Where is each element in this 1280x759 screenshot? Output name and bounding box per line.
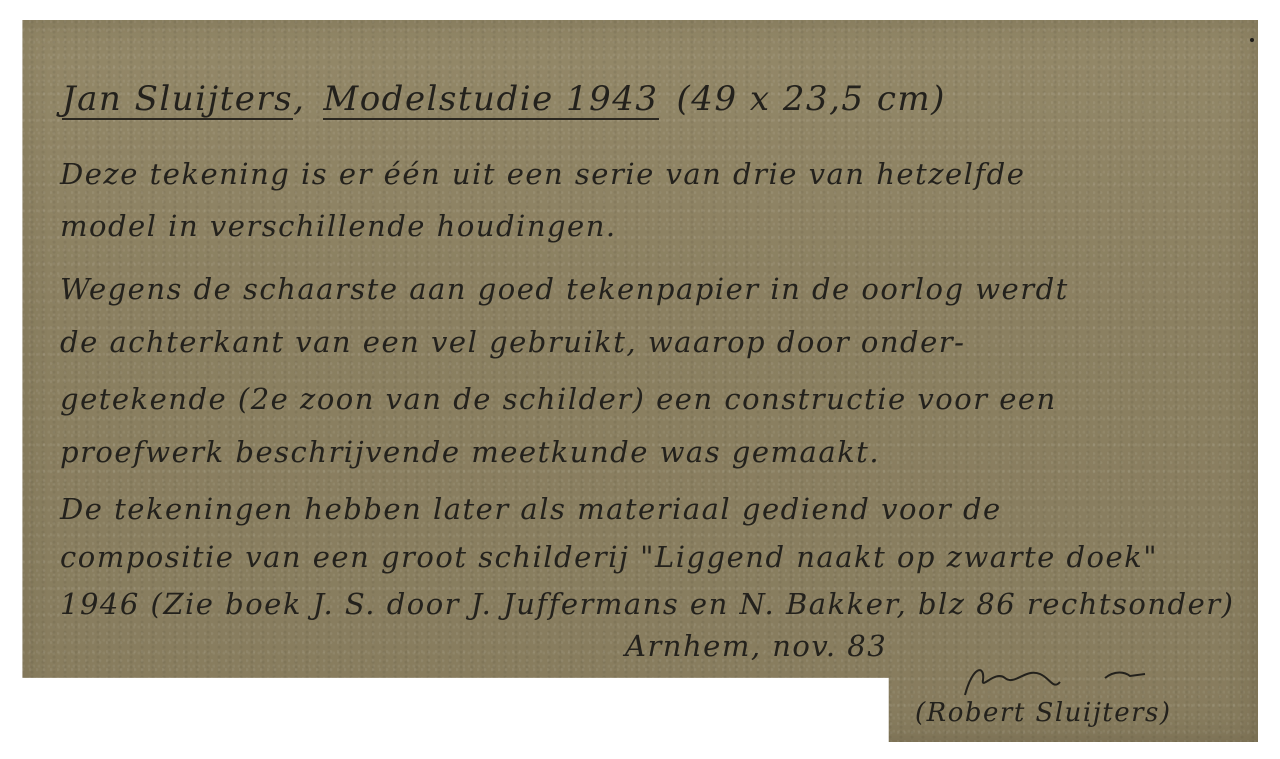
place-and-date: Arnhem, nov. 83 (625, 632, 887, 661)
note-line-7: De tekeningen hebben later als materiaal… (60, 495, 1002, 524)
note-line-2: model in verschillende houdingen. (60, 212, 617, 241)
document-title: Jan Sluijters,Modelstudie 1943(49 x 23,5… (62, 82, 946, 120)
note-line-8: compositie van een groot schilderij "Lig… (60, 543, 1158, 572)
note-line-3: Wegens de schaarste aan goed tekenpapier… (60, 275, 1069, 304)
title-separator: , (293, 82, 305, 116)
artist-name: Jan Sluijters (62, 82, 293, 120)
note-line-4: de achterkant van een vel gebruikt, waar… (60, 328, 965, 357)
signature-name: (Robert Sluijters) (915, 700, 1172, 726)
note-line-1: Deze tekening is er één uit een serie va… (60, 160, 1025, 189)
scan-canvas: Jan Sluijters,Modelstudie 1943(49 x 23,5… (0, 0, 1280, 759)
pin-hole-mark (1250, 38, 1254, 42)
work-dimensions: (49 x 23,5 cm) (677, 82, 946, 116)
note-line-5: getekende (2e zoon van de schilder) een … (60, 385, 1057, 414)
note-line-6: proefwerk beschrijvende meetkunde was ge… (60, 438, 880, 467)
signature-scribble-icon (955, 660, 1175, 700)
work-title: Modelstudie 1943 (323, 82, 658, 120)
note-line-9: 1946 (Zie boek J. S. door J. Juffermans … (60, 590, 1234, 619)
